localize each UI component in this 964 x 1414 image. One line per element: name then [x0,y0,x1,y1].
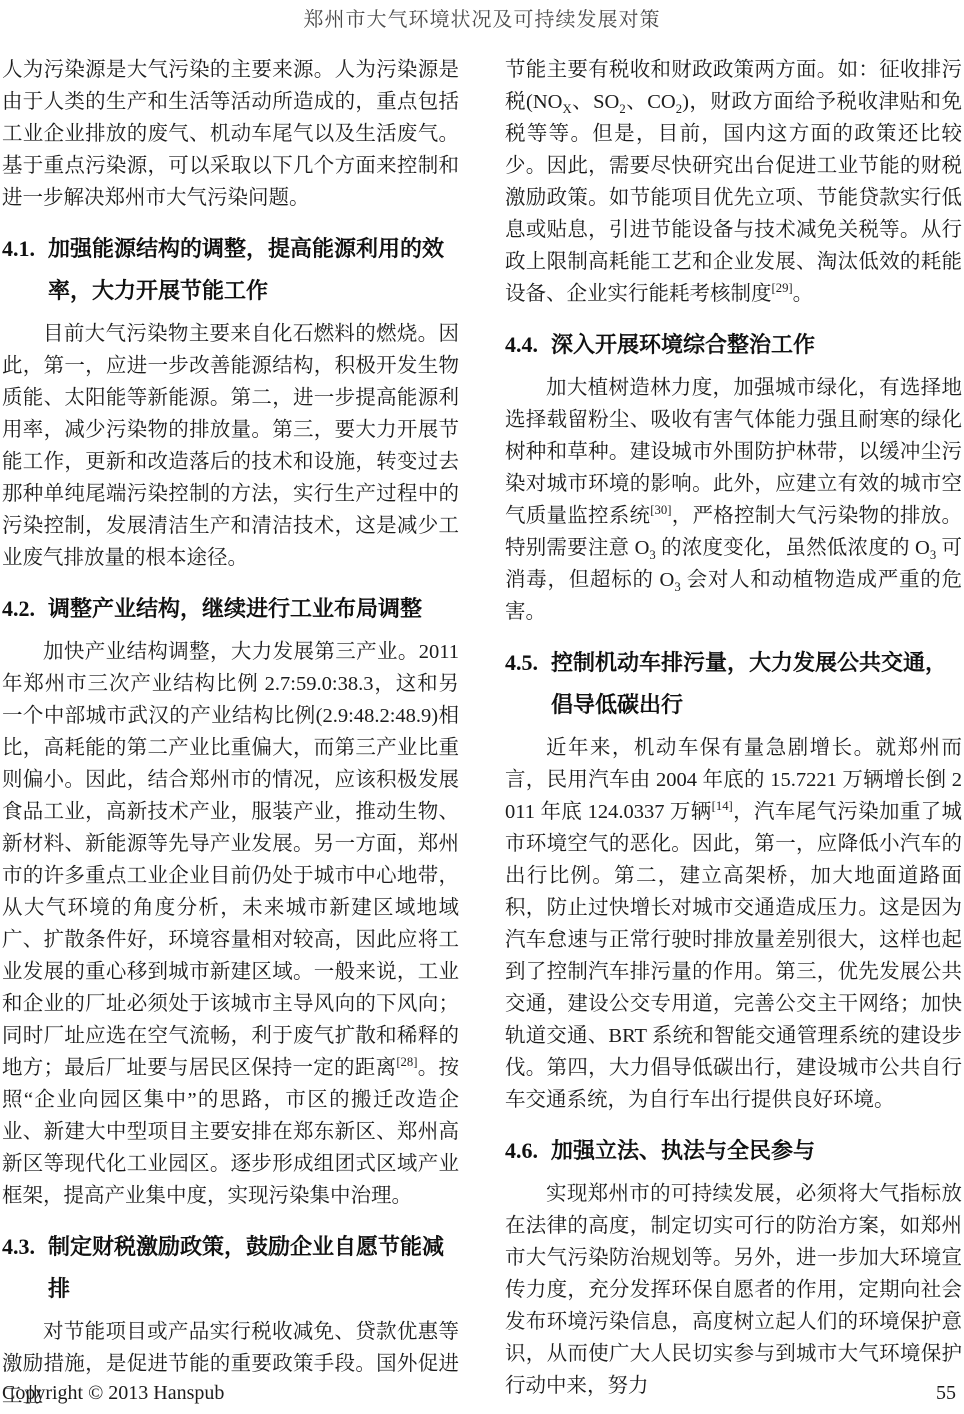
text-run: 、SO [572,91,620,113]
reference-marker: [14] [712,799,733,813]
text-run: 人为污染源是大气污染的主要来源。人为污染源是由于人类的生产和生活等活动所造成的，… [2,59,459,209]
section-heading: 4.5.控制机动车排污量，大力发展公共交通，倡导低碳出行 [505,642,962,726]
page-footer: Copyright © 2013 Hanspub 55 [2,1382,956,1405]
body-paragraph: 近年来，机动车保有量急剧增长。就郑州而言，民用汽车由 2004 年底的 15.7… [505,732,962,1116]
text-run: ，汽车尾气污染加重了城市环境空气的恶化。因此，第一，应降低小汽车的出行比例。第二… [505,801,962,1111]
text-run: 加快产业结构调整，大力发展第三产业。2011 年郑州市三次产业结构比例 2.7:… [2,641,459,1079]
section-number: 4.2. [2,588,48,630]
text-run: 、CO [626,91,676,113]
section-title: 深入开展环境综合整治工作 [551,332,815,357]
section-number: 4.3. [2,1226,48,1268]
section-title: 调整产业结构，继续进行工业布局调整 [48,596,422,621]
body-paragraph: 实现郑州市的可持续发展，必须将大气指标放在法律的高度，制定切实可行的防治方案，如… [505,1178,962,1402]
text-run: 的浓度变化，虽然低浓度的 O [656,537,930,559]
running-title: 郑州市大气环境状况及可持续发展对策 [304,9,661,31]
section-heading: 4.1.加强能源结构的调整，提高能源利用的效率，大力开展节能工作 [2,228,459,312]
body-paragraph: 加大植树造林力度，加强城市绿化，有选择地选择载留粉尘、吸收有害气体能力强且耐寒的… [505,372,962,628]
text-run: 目前大气污染物主要来自化石燃料的燃烧。因此，第一，应进一步改善能源结构，积极开发… [2,323,459,569]
section-number: 4.4. [505,324,551,366]
body-paragraph: 人为污染源是大气污染的主要来源。人为污染源是由于人类的生产和生活等活动所造成的，… [2,54,459,214]
chemical-subscript: X [562,102,571,116]
reference-marker: [28] [396,1055,417,1069]
body-paragraph: 节能主要有税收和财政政策两方面。如：征收排污税(NOX、SO2、CO2)，财政方… [505,54,962,310]
body-paragraph: 加快产业结构调整，大力发展第三产业。2011 年郑州市三次产业结构比例 2.7:… [2,636,459,1212]
section-title: 控制机动车排污量，大力发展公共交通，倡导低碳出行 [551,650,947,717]
page-number: 55 [936,1382,956,1405]
text-run: 。按照“企业向园区集中”的思路，市区的搬迁改造企业、新建大中型项目主要安排在郑东… [2,1057,459,1207]
copyright-notice: Copyright © 2013 Hanspub [2,1382,224,1405]
body-paragraph: 目前大气污染物主要来自化石燃料的燃烧。因此，第一，应进一步改善能源结构，积极开发… [2,318,459,574]
section-heading: 4.3.制定财税激励政策，鼓励企业自愿节能减排 [2,1226,459,1310]
text-run: 实现郑州市的可持续发展，必须将大气指标放在法律的高度，制定切实可行的防治方案，如… [505,1183,962,1397]
left-column: 人为污染源是大气污染的主要来源。人为污染源是由于人类的生产和生活等活动所造成的，… [2,54,459,1412]
section-title: 加强能源结构的调整，提高能源利用的效率，大力开展节能工作 [48,236,444,303]
section-heading: 4.2.调整产业结构，继续进行工业布局调整 [2,588,459,630]
section-number: 4.6. [505,1130,551,1172]
text-run: )，财政方面给予税收津贴和免税等等。但是，目前，国内这方面的政策还比较少。因此，… [505,91,962,305]
text-run: 。 [793,283,814,305]
section-title: 加强立法、执法与全民参与 [551,1138,815,1163]
section-heading: 4.4.深入开展环境综合整治工作 [505,324,962,366]
reference-marker: [29] [772,281,793,295]
two-column-content: 人为污染源是大气污染的主要来源。人为污染源是由于人类的生产和生活等活动所造成的，… [2,54,962,1412]
right-column: 节能主要有税收和财政政策两方面。如：征收排污税(NOX、SO2、CO2)，财政方… [505,54,962,1412]
reference-marker: [30] [650,503,671,517]
paper-page: 郑州市大气环境状况及可持续发展对策 人为污染源是大气污染的主要来源。人为污染源是… [0,0,964,1414]
section-number: 4.5. [505,642,551,684]
section-title: 制定财税激励政策，鼓励企业自愿节能减排 [48,1234,444,1301]
section-number: 4.1. [2,228,48,270]
section-heading: 4.6.加强立法、执法与全民参与 [505,1130,962,1172]
page-header: 郑州市大气环境状况及可持续发展对策 [0,6,964,34]
